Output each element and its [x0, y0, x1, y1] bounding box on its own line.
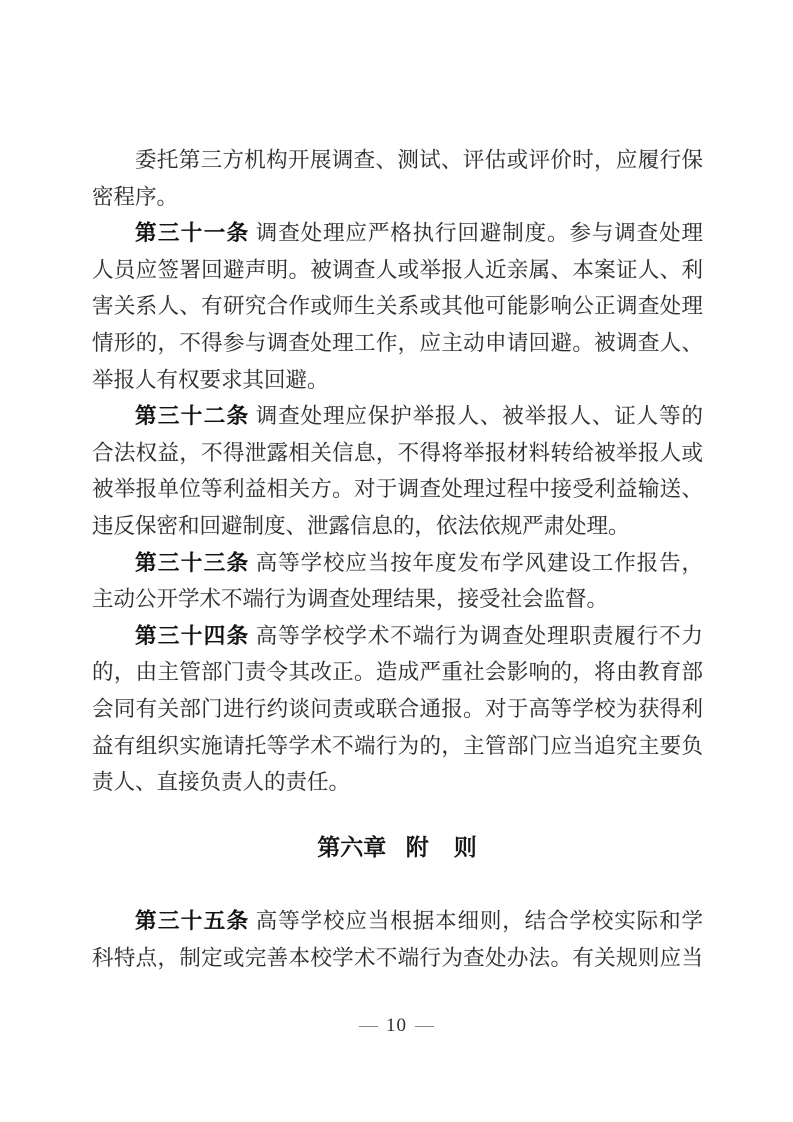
text-line: 委托第三方机构开展调查、测试、评估或评价时，应履行保 [92, 142, 703, 179]
text-line: 科特点，制定或完善本校学术不端行为查处办法。有关规则应当 [92, 940, 703, 977]
text-line: 会同有关部门进行约谈问责或联合通报。对于高等学校为获得利 [92, 691, 703, 728]
text-line: 主动公开学术不端行为调查处理结果，接受社会监督。 [92, 581, 703, 618]
text-line: 的，由主管部门责令其改正。造成严重社会影响的，将由教育部 [92, 654, 703, 691]
article-number: 第三十五条 [135, 909, 250, 933]
text-line: 密程序。 [92, 179, 703, 216]
page-number-left-dash: — [359, 1015, 378, 1036]
page-number: 10 [386, 1015, 407, 1036]
text-line: 违反保密和回避制度、泄露信息的，依法依规严肃处理。 [92, 508, 703, 545]
text-line: 举报人有权要求其回避。 [92, 362, 703, 399]
article-number: 第三十一条 [135, 221, 250, 245]
article-line: 第三十二条 调查处理应保护举报人、被举报人、证人等的 [92, 398, 703, 435]
text-line: 害关系人、有研究合作或师生关系或其他可能影响公正调查处理 [92, 288, 703, 325]
chapter-number: 第六章 [317, 834, 386, 860]
document-body: 委托第三方机构开展调查、测试、评估或评价时，应履行保密程序。第三十一条 调查处理… [92, 142, 703, 976]
article-number: 第三十四条 [135, 624, 250, 648]
article-number: 第三十二条 [135, 404, 250, 428]
chapter-heading: 第六章附 则 [92, 829, 703, 866]
page-footer: —10— [0, 1013, 793, 1039]
text-line: 情形的，不得参与调查处理工作，应主动申请回避。被调查人、 [92, 325, 703, 362]
text-line: 益有组织实施请托等学术不端行为的，主管部门应当追究主要负 [92, 728, 703, 765]
text-line: 被举报单位等利益相关方。对于调查处理过程中接受利益输送、 [92, 471, 703, 508]
article-line: 第三十三条 高等学校应当按年度发布学风建设工作报告， [92, 545, 703, 582]
article-line: 第三十五条 高等学校应当根据本细则，结合学校实际和学 [92, 903, 703, 940]
text-line: 合法权益，不得泄露相关信息，不得将举报材料转给被举报人或 [92, 435, 703, 472]
page-number-right-dash: — [415, 1015, 434, 1036]
article-line: 第三十一条 调查处理应严格执行回避制度。参与调查处理 [92, 215, 703, 252]
article-number: 第三十三条 [135, 551, 250, 575]
text-line: 责人、直接负责人的责任。 [92, 764, 703, 801]
text-line: 人员应签署回避声明。被调查人或举报人近亲属、本案证人、利 [92, 252, 703, 289]
article-line: 第三十四条 高等学校学术不端行为调查处理职责履行不力 [92, 618, 703, 655]
scanned-document-page: 委托第三方机构开展调查、测试、评估或评价时，应履行保密程序。第三十一条 调查处理… [0, 0, 793, 1122]
chapter-title: 附 则 [406, 834, 478, 860]
